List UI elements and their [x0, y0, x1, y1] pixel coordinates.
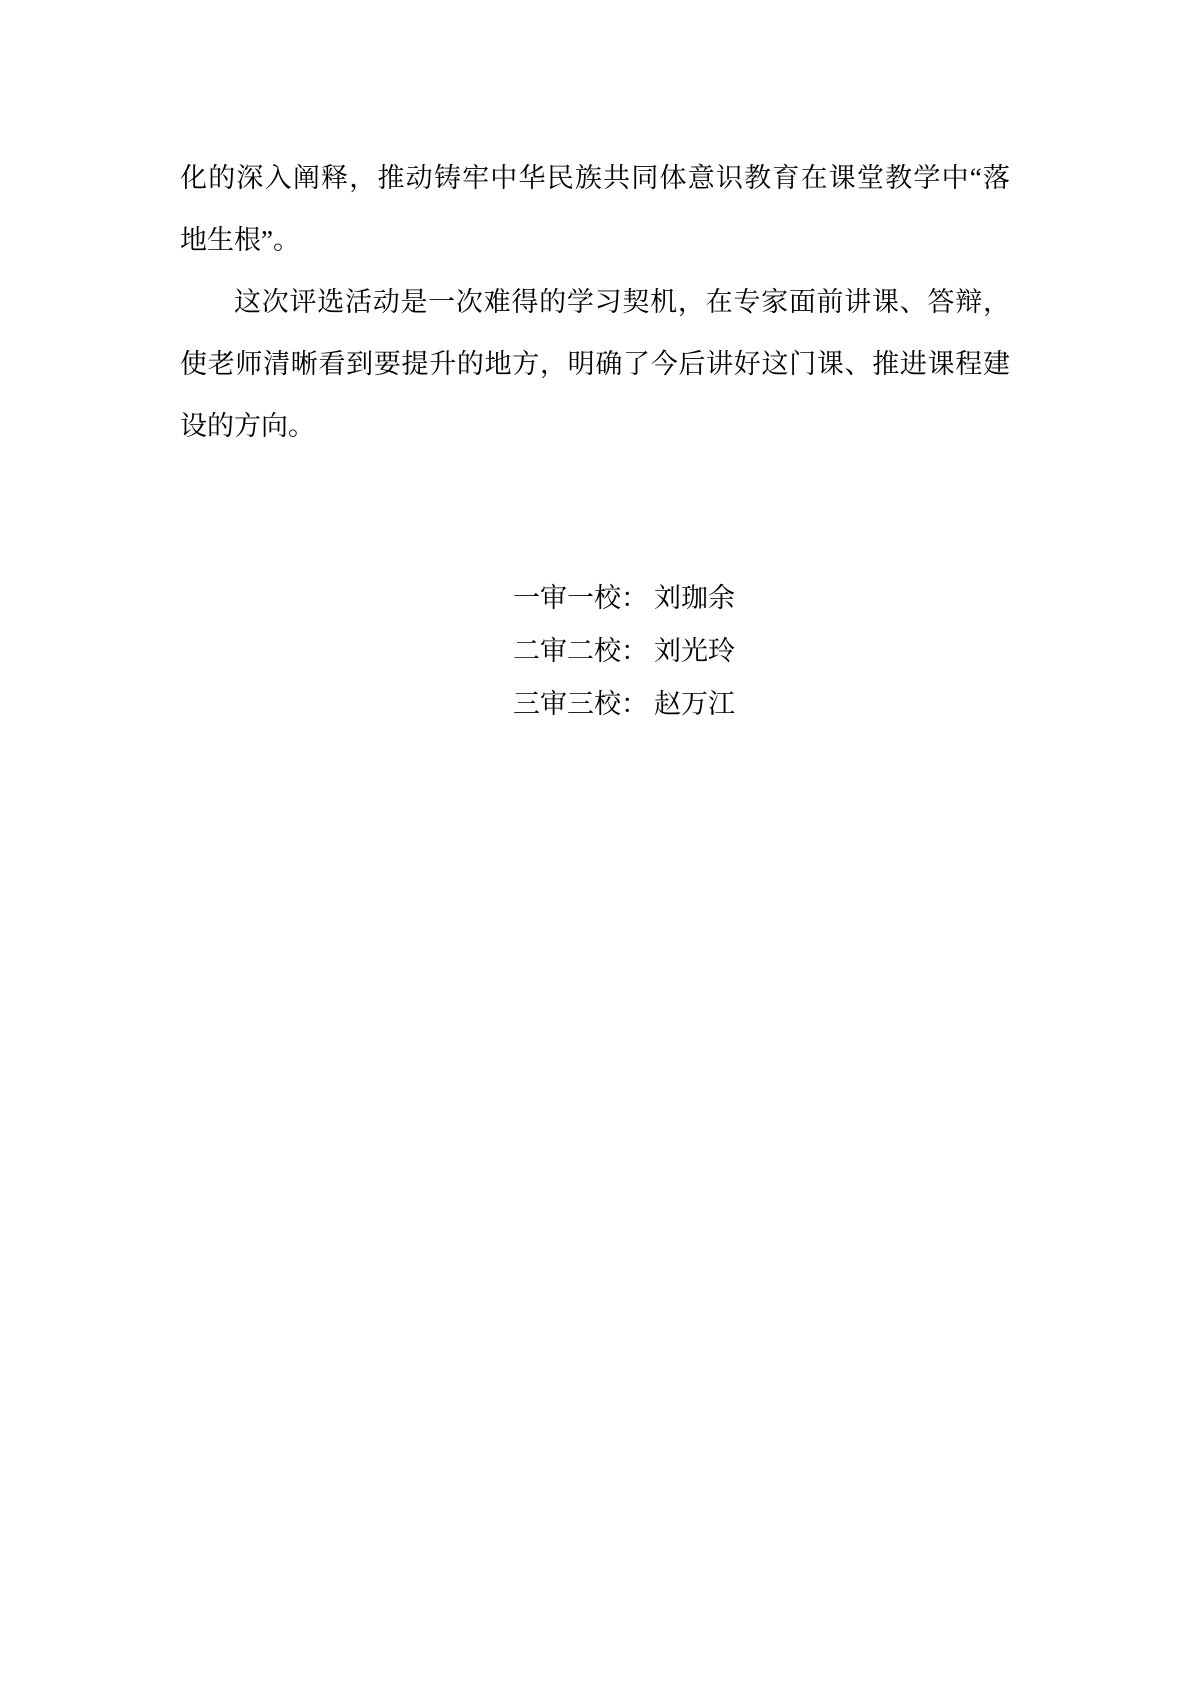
signature-line: 二审二校：刘光玲 [513, 625, 735, 678]
paragraph-line: 化的深入阐释，推动铸牢中华民族共同体意识教育在课堂教学中“落 [180, 147, 1010, 209]
signature-label: 二审二校： [513, 636, 648, 666]
paragraph-line: 地生根”。 [180, 209, 1010, 271]
reviewer-name: 赵万江 [654, 689, 735, 719]
reviewer-name: 刘珈余 [654, 583, 735, 613]
document-body: 化的深入阐释，推动铸牢中华民族共同体意识教育在课堂教学中“落 地生根”。 这次评… [180, 147, 1010, 457]
signature-line: 三审三校：赵万江 [513, 678, 735, 731]
signature-label: 三审三校： [513, 689, 648, 719]
paragraph-line: 使老师清晰看到要提升的地方，明确了今后讲好这门课、推进课程建 [180, 333, 1010, 395]
reviewer-name: 刘光玲 [654, 636, 735, 666]
document-page: 化的深入阐释，推动铸牢中华民族共同体意识教育在课堂教学中“落 地生根”。 这次评… [0, 0, 1191, 1684]
paragraph-line: 这次评选活动是一次难得的学习契机，在专家面前讲课、答辩， [180, 271, 1010, 333]
review-signatures: 一审一校：刘珈余 二审二校：刘光玲 三审三校：赵万江 [513, 572, 735, 731]
signature-line: 一审一校：刘珈余 [513, 572, 735, 625]
signature-label: 一审一校： [513, 583, 648, 613]
paragraph-line: 设的方向。 [180, 395, 1010, 457]
